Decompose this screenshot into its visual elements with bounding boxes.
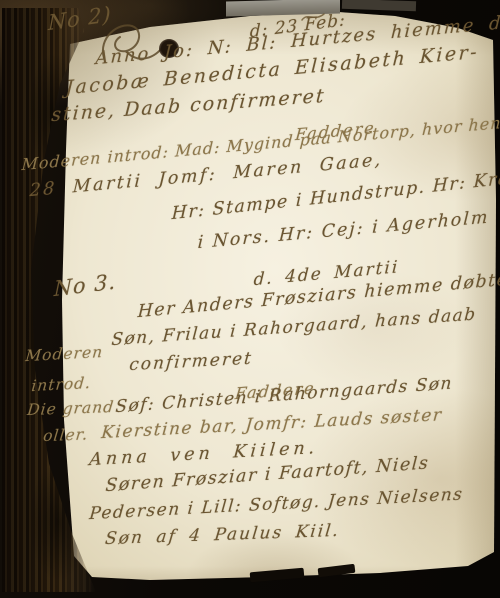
entry-3-margin-note: introd. [31, 376, 92, 395]
manuscript-photo: No 2) d: 23 Feb: Anno Jo: N: Bl: Hurtzes… [0, 0, 500, 598]
entry-3-margin-note: Die grand [26, 400, 115, 419]
entry-3-margin-note: oller. [42, 427, 89, 444]
binding-shadow-mark [342, 0, 416, 11]
